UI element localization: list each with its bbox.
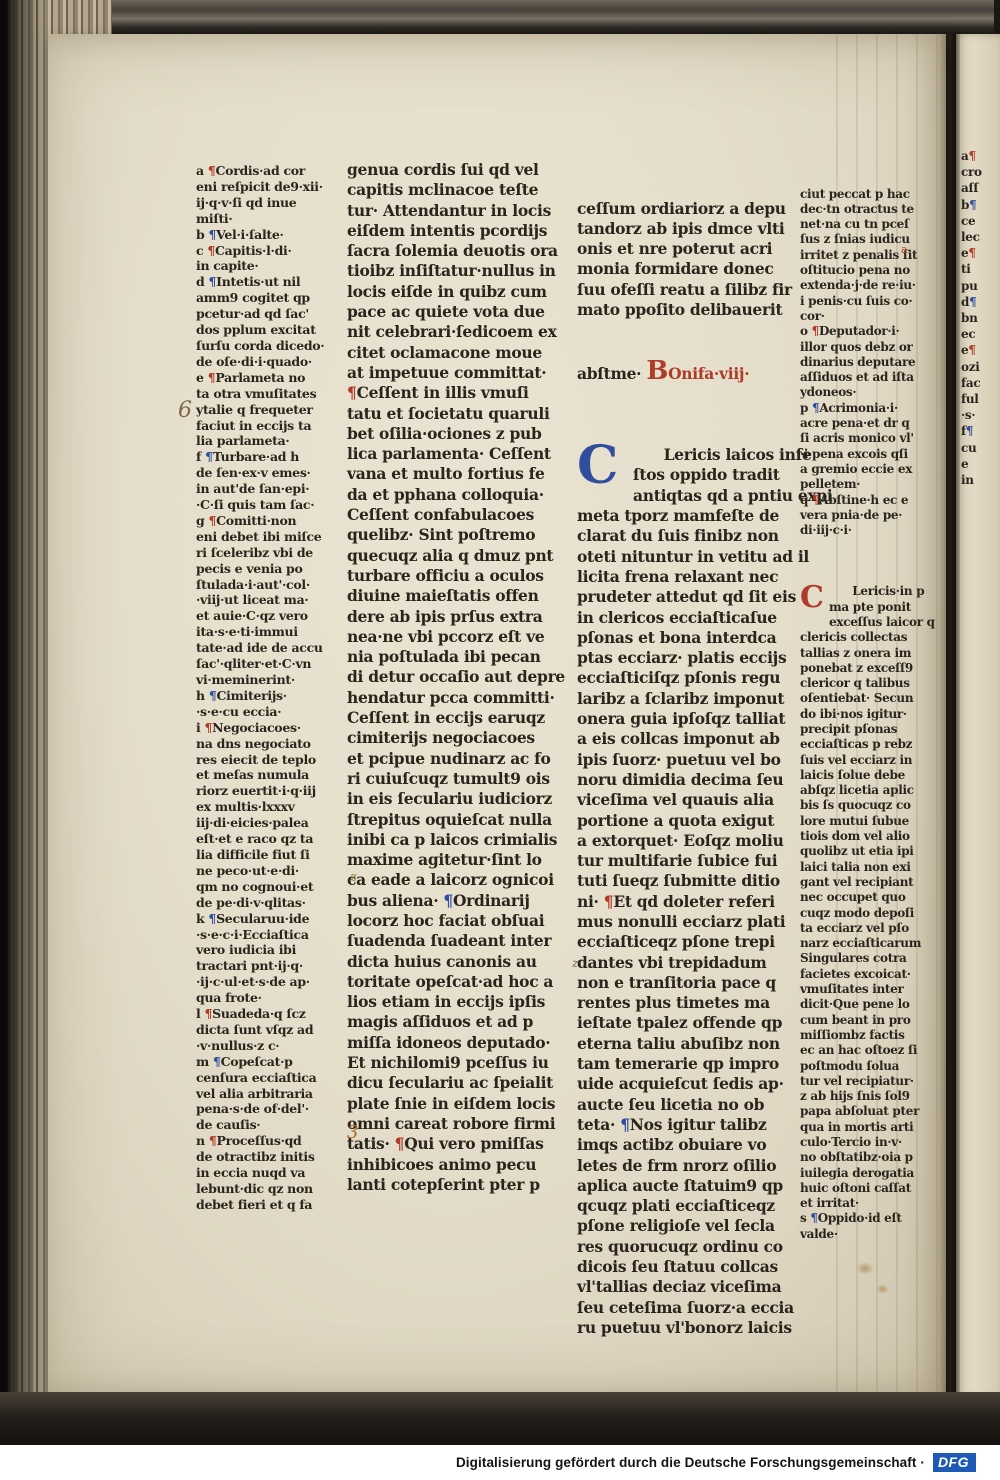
margin-flourish-mark: 6 — [178, 398, 192, 423]
book-bottom-shadow — [0, 1392, 1000, 1445]
gloss-column-left: a ¶Cordis·ad cor eni reſpicit de9·xii· i… — [196, 163, 342, 1213]
gloss-right-body-text: Lericis·in p ma pte ponit exceſſus laico… — [800, 584, 935, 1240]
main-text-column-left: genua cordis ſui qd vel capitis mclinaco… — [347, 160, 559, 1195]
gloss-right-top-text: ciut peccat p hac dec·tn otractus te net… — [800, 187, 952, 539]
scanned-book-photo: a ¶Cordis·ad cor eni reſpicit de9·xii· i… — [0, 0, 1000, 1480]
dfg-credit-bar: Digitalisierung gefördert durch die Deut… — [0, 1445, 1000, 1480]
rubric-initial-B: B — [646, 356, 668, 386]
gloss-clericis-paragraph: CLericis·in p ma pte ponit exceſſus laic… — [800, 569, 952, 1257]
clericis-laicos-paragraph: CLericis laicos infe ſtos oppido tradit … — [577, 425, 781, 1359]
dfg-logo: DFG — [933, 1453, 976, 1472]
rubric-line: abſtme· BOnifa·viij· — [577, 361, 781, 384]
margin-number-3-mark: 3 — [347, 1122, 358, 1143]
rubric-preceding-text: abſtme· — [577, 364, 646, 383]
main-text-column-right: ceſſum ordiariorz a depu tandorz ab ipis… — [577, 158, 781, 1399]
next-page-text-sliver: a¶ cro aſſ b¶ ce lec e¶ ti pu d¶ bn ec e… — [961, 148, 1000, 488]
margin-z-mark-1: z — [350, 870, 357, 885]
illuminated-initial-C-blue: C — [577, 447, 629, 487]
gloss-column-right: ciut peccat p hac dec·tn otractus te net… — [800, 156, 952, 1288]
main-right-top-text: ceſſum ordiariorz a depu tandorz ab ipis… — [577, 199, 781, 321]
rubric-bonifacius: Onifa·viij· — [668, 364, 749, 383]
parchment-stain-1 — [856, 1262, 874, 1275]
margin-z-mark-2: z — [572, 956, 578, 970]
book-top-edge — [0, 0, 1000, 34]
digitization-credit-text: Digitalisierung gefördert durch die Deut… — [456, 1455, 925, 1470]
parchment-stain-2 — [876, 1284, 889, 1294]
margin-red-a-mark: a — [901, 243, 908, 256]
illuminated-initial-C-red: C — [800, 585, 826, 615]
